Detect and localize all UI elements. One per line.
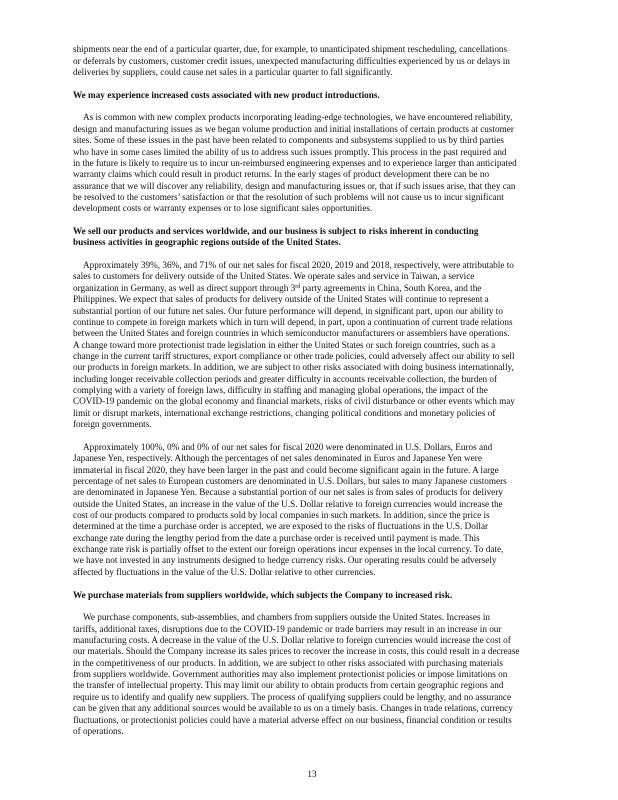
line-text: organization in Germany, as well as dire… bbox=[73, 283, 295, 293]
body-text-line: immaterial in fiscal 2020, they have bee… bbox=[73, 465, 545, 476]
paragraph-continued: shipments near the end of a particular q… bbox=[73, 44, 545, 78]
body-text-line: COVID-19 pandemic on the global economy … bbox=[73, 396, 545, 407]
body-text-line: we have not invested in any instruments … bbox=[73, 555, 545, 566]
body-text-line: are denominated in Japanese Yen. Because… bbox=[73, 487, 545, 498]
body-text-line: can be given that any additional sources… bbox=[73, 703, 545, 714]
body-text-line: complying with a variety of foreign laws… bbox=[73, 385, 545, 396]
section-heading-new-product-costs: We may experience increased costs associ… bbox=[73, 90, 545, 101]
body-text-line: percentage of net sales to European cust… bbox=[73, 476, 545, 487]
body-text-line: As is common with new complex products i… bbox=[73, 112, 545, 123]
body-text-line: tariffs, additional taxes, disruptions d… bbox=[73, 624, 545, 635]
paragraph-foreign-sales: Approximately 39%, 36%, and 71% of our n… bbox=[73, 260, 545, 430]
body-text-line: including longer receivable collection p… bbox=[73, 374, 545, 385]
heading-line: We sell our products and services worldw… bbox=[73, 226, 545, 237]
body-text-line: the transfer of intellectual property. T… bbox=[73, 680, 545, 691]
paragraph-currency-denomination: Approximately 100%, 0% and 0% of our net… bbox=[73, 442, 545, 578]
body-text-line: Approximately 39%, 36%, and 71% of our n… bbox=[73, 260, 545, 271]
body-text-line: exchange rate during the lengthy period … bbox=[73, 533, 545, 544]
body-text-line: our materials. Should the Company increa… bbox=[73, 646, 545, 657]
ordinal-superscript: rd bbox=[295, 284, 300, 290]
body-text-line: exchange rate risk is partially offset t… bbox=[73, 544, 545, 555]
paragraph-supplier-risk: We purchase components, sub-assemblies, … bbox=[73, 612, 545, 737]
body-text-line: shipments near the end of a particular q… bbox=[73, 44, 545, 55]
body-text-line: Japanese Yen, respectively. Although the… bbox=[73, 453, 545, 464]
body-text-line: in the future is likely to require us to… bbox=[73, 158, 545, 169]
heading-line: We purchase materials from suppliers wor… bbox=[73, 590, 545, 601]
body-text-line: fluctuations, or protectionist policies … bbox=[73, 715, 545, 726]
body-text-line: continue to compete in foreign markets w… bbox=[73, 317, 545, 328]
body-text-line: sites. Some of these issues in the past … bbox=[73, 135, 545, 146]
line-text: party agreements in China, South Korea, … bbox=[300, 283, 481, 293]
body-text-line: development costs or warranty expenses o… bbox=[73, 203, 545, 214]
body-text-line: warranty claims which could result in pr… bbox=[73, 169, 545, 180]
body-text-line: be resolved to the customers’ satisfacti… bbox=[73, 192, 545, 203]
body-text-line: substantial portion of our future net sa… bbox=[73, 306, 545, 317]
body-text-line: deliveries by suppliers, could cause net… bbox=[73, 67, 545, 78]
section-heading-supplier-risk: We purchase materials from suppliers wor… bbox=[73, 590, 545, 601]
heading-line: We may experience increased costs associ… bbox=[73, 90, 545, 101]
body-text-line: who have in some cases limited the abili… bbox=[73, 147, 545, 158]
body-text-line: Approximately 100%, 0% and 0% of our net… bbox=[73, 442, 545, 453]
section-heading-worldwide-risks: We sell our products and services worldw… bbox=[73, 226, 545, 249]
body-text-line: affected by fluctuations in the value of… bbox=[73, 567, 545, 578]
body-text-line: of operations. bbox=[73, 726, 545, 737]
body-text-line: design and manufacturing issues as we be… bbox=[73, 124, 545, 135]
body-text-line: assurance that we will discover any reli… bbox=[73, 181, 545, 192]
body-text-line: A change toward more protectionist trade… bbox=[73, 340, 545, 351]
body-text-line: change in the current tariff structures,… bbox=[73, 351, 545, 362]
body-text-line: Philippines. We expect that sales of pro… bbox=[73, 294, 545, 305]
body-text-line: outside the United States, an increase i… bbox=[73, 499, 545, 510]
heading-line: business activities in geographic region… bbox=[73, 237, 545, 248]
paragraph-new-product-costs: As is common with new complex products i… bbox=[73, 112, 545, 214]
document-page: shipments near the end of a particular q… bbox=[0, 0, 618, 800]
body-text-line: We purchase components, sub-assemblies, … bbox=[73, 612, 545, 623]
body-text-line: our products in foreign markets. In addi… bbox=[73, 362, 545, 373]
body-text-line: or deferrals by customers, customer cred… bbox=[73, 56, 545, 67]
body-text-line: in the competitiveness of our products. … bbox=[73, 658, 545, 669]
page-number: 13 bbox=[3, 768, 618, 780]
body-text-line: cost of our products compared to product… bbox=[73, 510, 545, 521]
body-text-line: organization in Germany, as well as dire… bbox=[73, 283, 545, 294]
body-text-line: foreign governments. bbox=[73, 419, 545, 430]
body-text-line: sales to customers for delivery outside … bbox=[73, 271, 545, 282]
body-text-line: from suppliers worldwide. Government aut… bbox=[73, 669, 545, 680]
body-text-line: require us to identify and qualify new s… bbox=[73, 692, 545, 703]
body-text-line: between the United States and foreign co… bbox=[73, 328, 545, 339]
body-text-line: manufacturing costs. A decrease in the v… bbox=[73, 635, 545, 646]
page-body: shipments near the end of a particular q… bbox=[73, 44, 545, 737]
body-text-line: limit or disrupt markets, international … bbox=[73, 408, 545, 419]
body-text-line: determined at the time a purchase order … bbox=[73, 521, 545, 532]
